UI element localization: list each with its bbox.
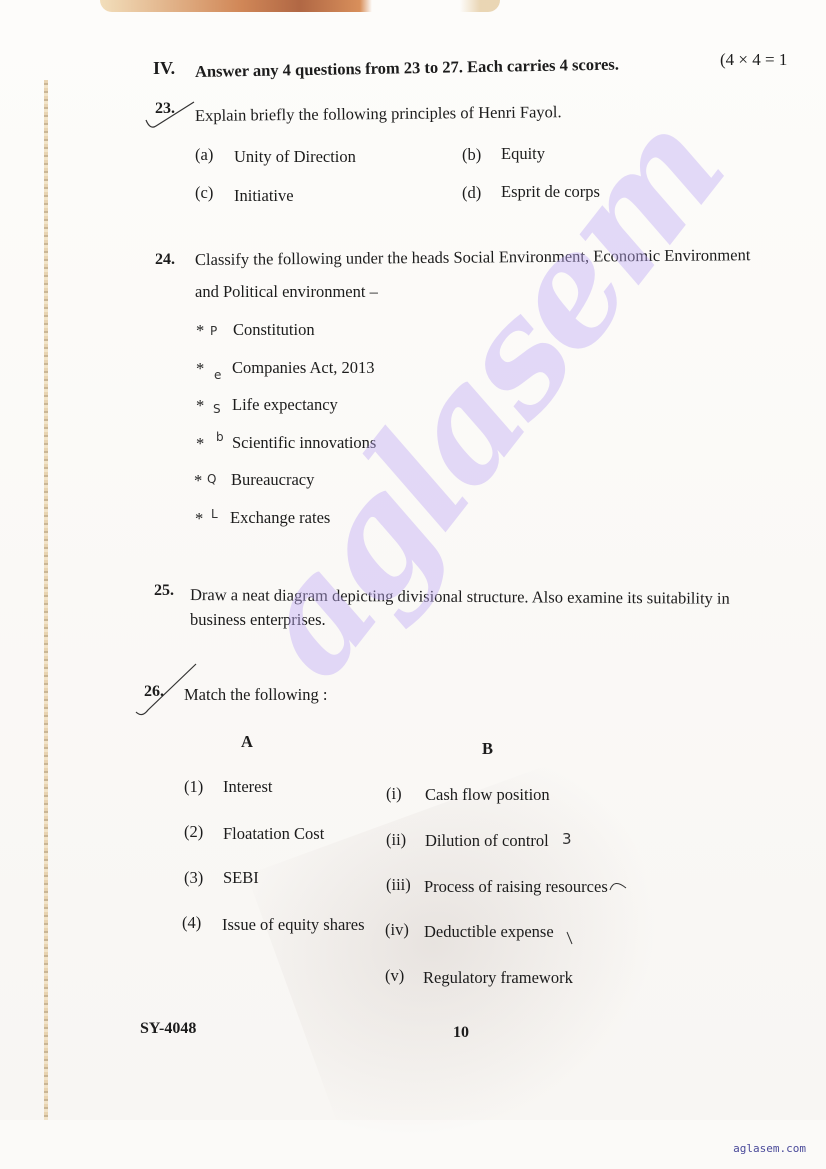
question-24-number: 24. [155,251,175,269]
section-marks: (4 × 4 = 1 [720,50,787,70]
handwritten-annotation: Q [207,472,216,486]
list-item: Exchange rates [230,508,330,528]
bullet: * [195,509,203,529]
option-text: Esprit de corps [501,182,600,202]
bullet: * [194,471,202,491]
page-number: 10 [453,1024,469,1042]
match-a-label: (4) [182,913,201,933]
match-b-text: Dilution of control [425,831,549,851]
handwritten-annotation: e [214,368,221,382]
match-b-text: Regulatory framework [423,968,573,988]
bullet: * [196,434,204,454]
handwritten-annotation: 3 [562,830,572,848]
question-23-number: 23. [155,100,175,118]
match-a-text: SEBI [223,868,259,888]
handwritten-annotation: b [216,430,224,444]
list-item: Scientific innovations [232,433,376,453]
option-text: Equity [501,144,545,164]
match-a-label: (3) [184,868,203,888]
list-item: Bureaucracy [231,470,314,490]
question-26-number: 26. [144,683,164,701]
match-a-label: (2) [184,822,203,842]
match-a-text: Floatation Cost [223,824,324,844]
list-item: Constitution [233,320,315,340]
question-25-text: Draw a neat diagram depicting divisional… [190,585,730,609]
match-b-label: (i) [386,784,402,804]
question-25-text-continued: business enterprises. [190,610,326,630]
match-b-label: (iv) [385,920,409,940]
question-26-text: Match the following : [184,685,327,705]
bullet: * [196,396,204,416]
list-item: Life expectancy [232,395,338,415]
section-number: IV. [153,58,175,79]
question-25-number: 25. [154,582,174,600]
option-text: Unity of Direction [234,147,356,167]
option-label: (b) [462,145,481,165]
option-text: Initiative [234,186,294,206]
column-a-header: A [241,732,253,752]
match-b-label: (iii) [386,875,411,895]
match-b-text: Deductible expense [424,922,554,942]
option-label: (a) [195,145,213,165]
match-a-text: Interest [223,777,272,797]
column-b-header: B [482,739,493,759]
handwritten-annotation: L [211,507,218,521]
bullet: * [196,359,204,379]
option-label: (d) [462,183,481,203]
top-decorative-artwork [100,0,500,12]
option-label: (c) [195,183,213,203]
handwritten-stroke-icon [560,870,630,950]
handwritten-annotation: S [213,402,221,416]
handwritten-annotation: P [210,324,217,338]
paper-edge [44,80,48,1120]
paper-code: SY-4048 [140,1020,196,1038]
match-a-text: Issue of equity shares [222,915,365,935]
match-b-label: (v) [385,966,404,986]
question-23-text: Explain briefly the following principles… [195,102,562,126]
bullet: * [196,321,204,341]
site-url[interactable]: aglasem.com [733,1142,806,1155]
question-24-text-continued: and Political environment – [195,282,378,302]
match-b-label: (ii) [386,830,406,850]
list-item: Companies Act, 2013 [232,358,375,378]
match-a-label: (1) [184,777,203,797]
match-b-text: Cash flow position [425,785,550,805]
